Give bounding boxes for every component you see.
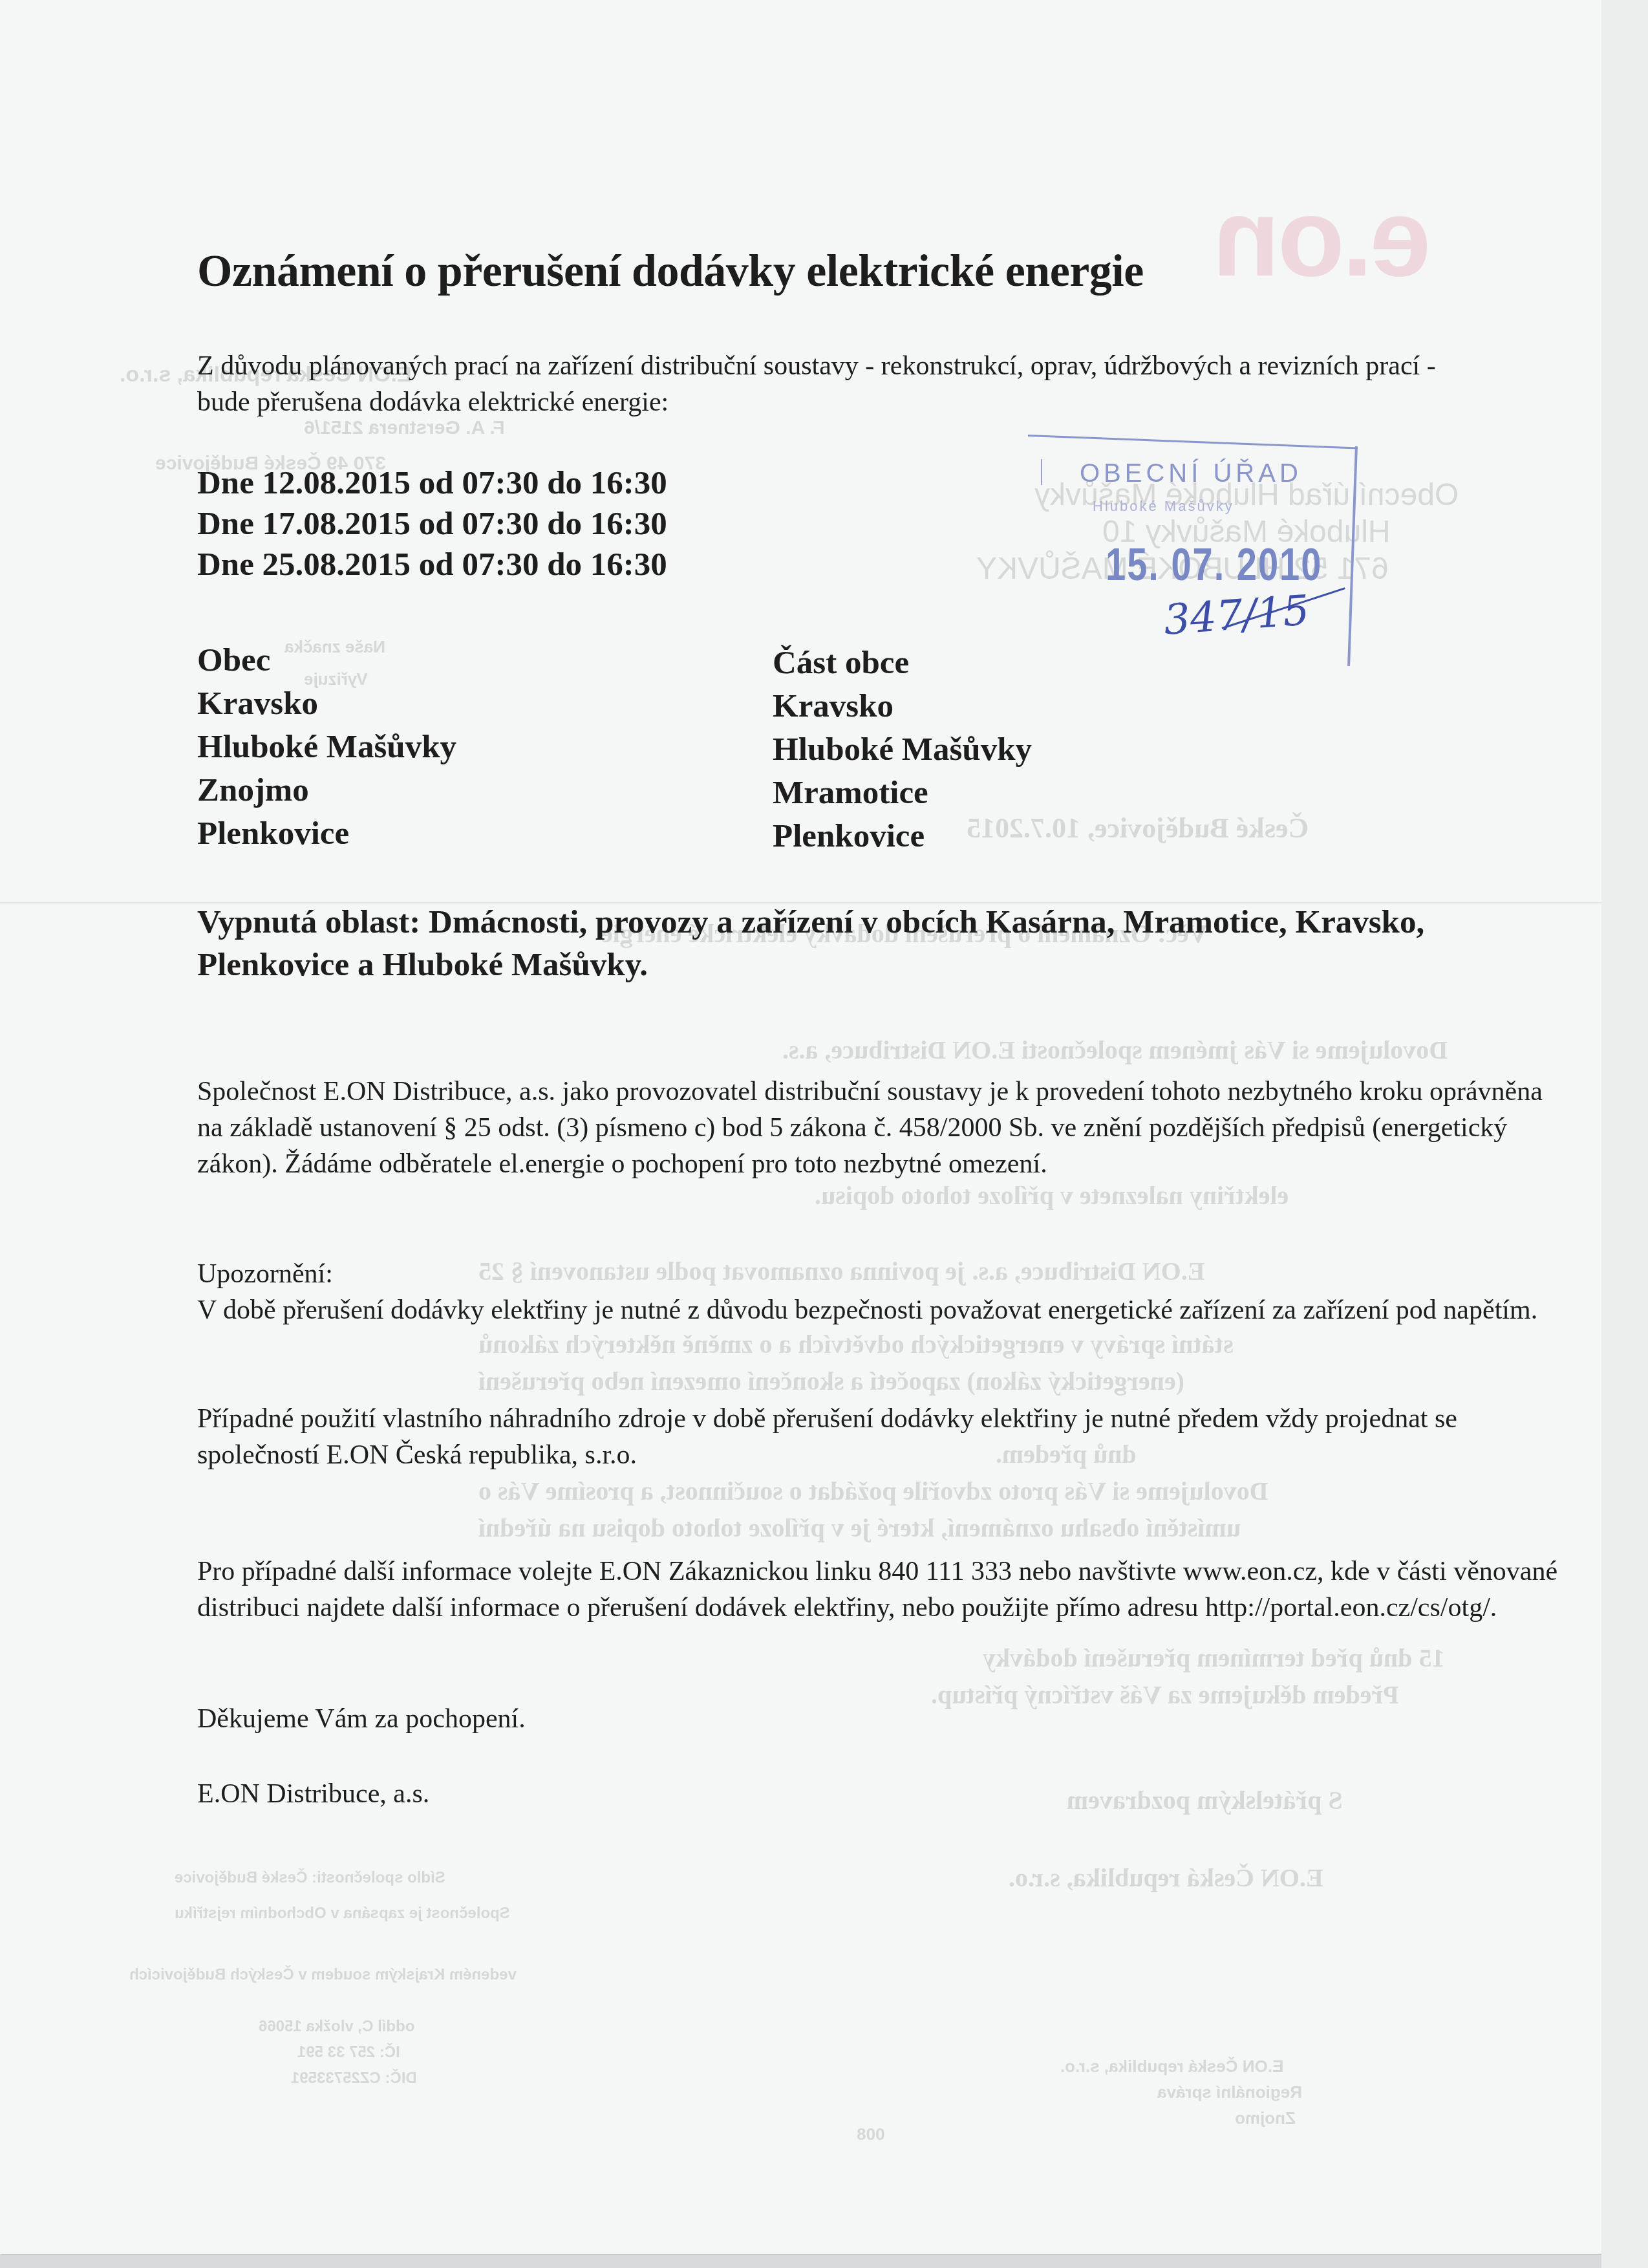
district-item: Hluboké Mašůvky — [773, 728, 1032, 772]
stamp-border-top — [1028, 435, 1358, 449]
stamp-reference-number: 347/15 — [1162, 587, 1311, 645]
backup-source-paragraph: Případné použití vlastního náhradního zd… — [197, 1401, 1574, 1473]
stamp-border-left — [1041, 459, 1042, 485]
stamp-date: 15. 07. 2010 — [1106, 538, 1322, 590]
district-item: Mramotice — [773, 772, 1032, 815]
district-column: Část obce Kravsko Hluboké Mašůvky Mramot… — [773, 642, 1032, 858]
outage-date-line: Dne 17.08.2015 od 07:30 do 16:30 — [197, 504, 667, 545]
eon-logo-bleed-through: e.on — [1215, 175, 1431, 301]
bleed-through-text: Regionální správa — [1157, 2082, 1302, 2102]
stamp-office: OBECNÍ ÚŘAD — [1080, 459, 1302, 488]
scanner-margin — [1601, 0, 1648, 2268]
bleed-through-text: 008 — [857, 2124, 884, 2144]
intro-paragraph: Z důvodu plánovaných prací na zařízení d… — [197, 348, 1490, 420]
bleed-through-text: elektřiny naleznete v příloze tohoto dop… — [815, 1180, 1289, 1211]
signature-line: E.ON Distribuce, a.s. — [197, 1776, 1574, 1812]
bleed-through-text: DIČ: CZ25733591 — [291, 2069, 417, 2088]
affected-area: Vypnutá oblast: Dmácnosti, provozy a zař… — [197, 901, 1490, 986]
bleed-through-text: Společnost je zapsána v Obchodním rejstř… — [175, 1905, 510, 1923]
municipality-item: Hluboké Mašůvky — [197, 726, 456, 769]
stamp-place: Hluboké Mašůvky — [1093, 498, 1234, 515]
municipality-item: Plenkovice — [197, 812, 456, 856]
bleed-through-text: umístění obsahu oznámení, které je v pří… — [478, 1513, 1241, 1543]
bleed-through-text: Sídlo společnosti: České Budějovice — [175, 1866, 445, 1890]
bleed-through-text: E.ON Česká republika, s.r.o. — [1060, 2057, 1283, 2077]
bleed-through-text: státní správy v energetických odvětvích … — [478, 1329, 1234, 1359]
outage-dates: Dne 12.08.2015 od 07:30 do 16:30 Dne 17.… — [197, 463, 667, 585]
municipality-header: Obec — [197, 639, 456, 682]
thanks-line: Děkujeme Vám za pochopení. — [197, 1701, 1574, 1737]
bleed-through-text: IČ: 257 33 591 — [297, 2044, 400, 2062]
bleed-through-text: F. A. Gerstnera 2151/6 — [304, 417, 505, 439]
bleed-through-text: vedeném Krajským soudem v Českých Budějo… — [129, 1966, 517, 1984]
bleed-through-text: Znojmo — [1235, 2108, 1296, 2128]
municipality-item: Kravsko — [197, 682, 456, 726]
stamp-border-right — [1347, 446, 1358, 666]
warning-text: V době přerušení dodávky elektřiny je nu… — [197, 1292, 1574, 1328]
warning-label: Upozornění: — [197, 1256, 1574, 1292]
district-item: Kravsko — [773, 685, 1032, 728]
notice-title: Oznámení o přerušení dodávky elektrické … — [197, 246, 1144, 297]
legal-paragraph: Společnost E.ON Distribuce, a.s. jako pr… — [197, 1074, 1574, 1182]
bleed-through-text: 15 dnů před termínem přerušení dodávky — [983, 1643, 1445, 1673]
municipality-column: Obec Kravsko Hluboké Mašůvky Znojmo Plen… — [197, 639, 456, 856]
bleed-through-text: Dovolujeme si Vás proto zdvořile požádat… — [478, 1476, 1268, 1506]
bleed-through-text: Dovolujeme si Vás jménem společnosti E.O… — [782, 1035, 1448, 1065]
info-paragraph: Pro případné další informace volejte E.O… — [197, 1553, 1574, 1626]
bleed-through-text: E.ON Česká republika, s.r.o. — [1009, 1863, 1323, 1893]
outage-date-line: Dne 12.08.2015 od 07:30 do 16:30 — [197, 463, 667, 504]
received-stamp: OBECNÍ ÚŘAD Hluboké Mašůvky 15. 07. 2010… — [1028, 427, 1364, 686]
district-header: Část obce — [773, 642, 1032, 685]
bleed-through-text: (energetický zákon) započetí a skončení … — [478, 1366, 1184, 1396]
scanned-page: e.on E.ON Česká republika, s.r.o. F. A. … — [0, 0, 1601, 2254]
outage-date-line: Dne 25.08.2015 od 07:30 do 16:30 — [197, 545, 667, 585]
municipality-item: Znojmo — [197, 769, 456, 812]
bleed-through-text: oddíl C, vložka 15066 — [259, 2018, 414, 2036]
district-item: Plenkovice — [773, 815, 1032, 858]
